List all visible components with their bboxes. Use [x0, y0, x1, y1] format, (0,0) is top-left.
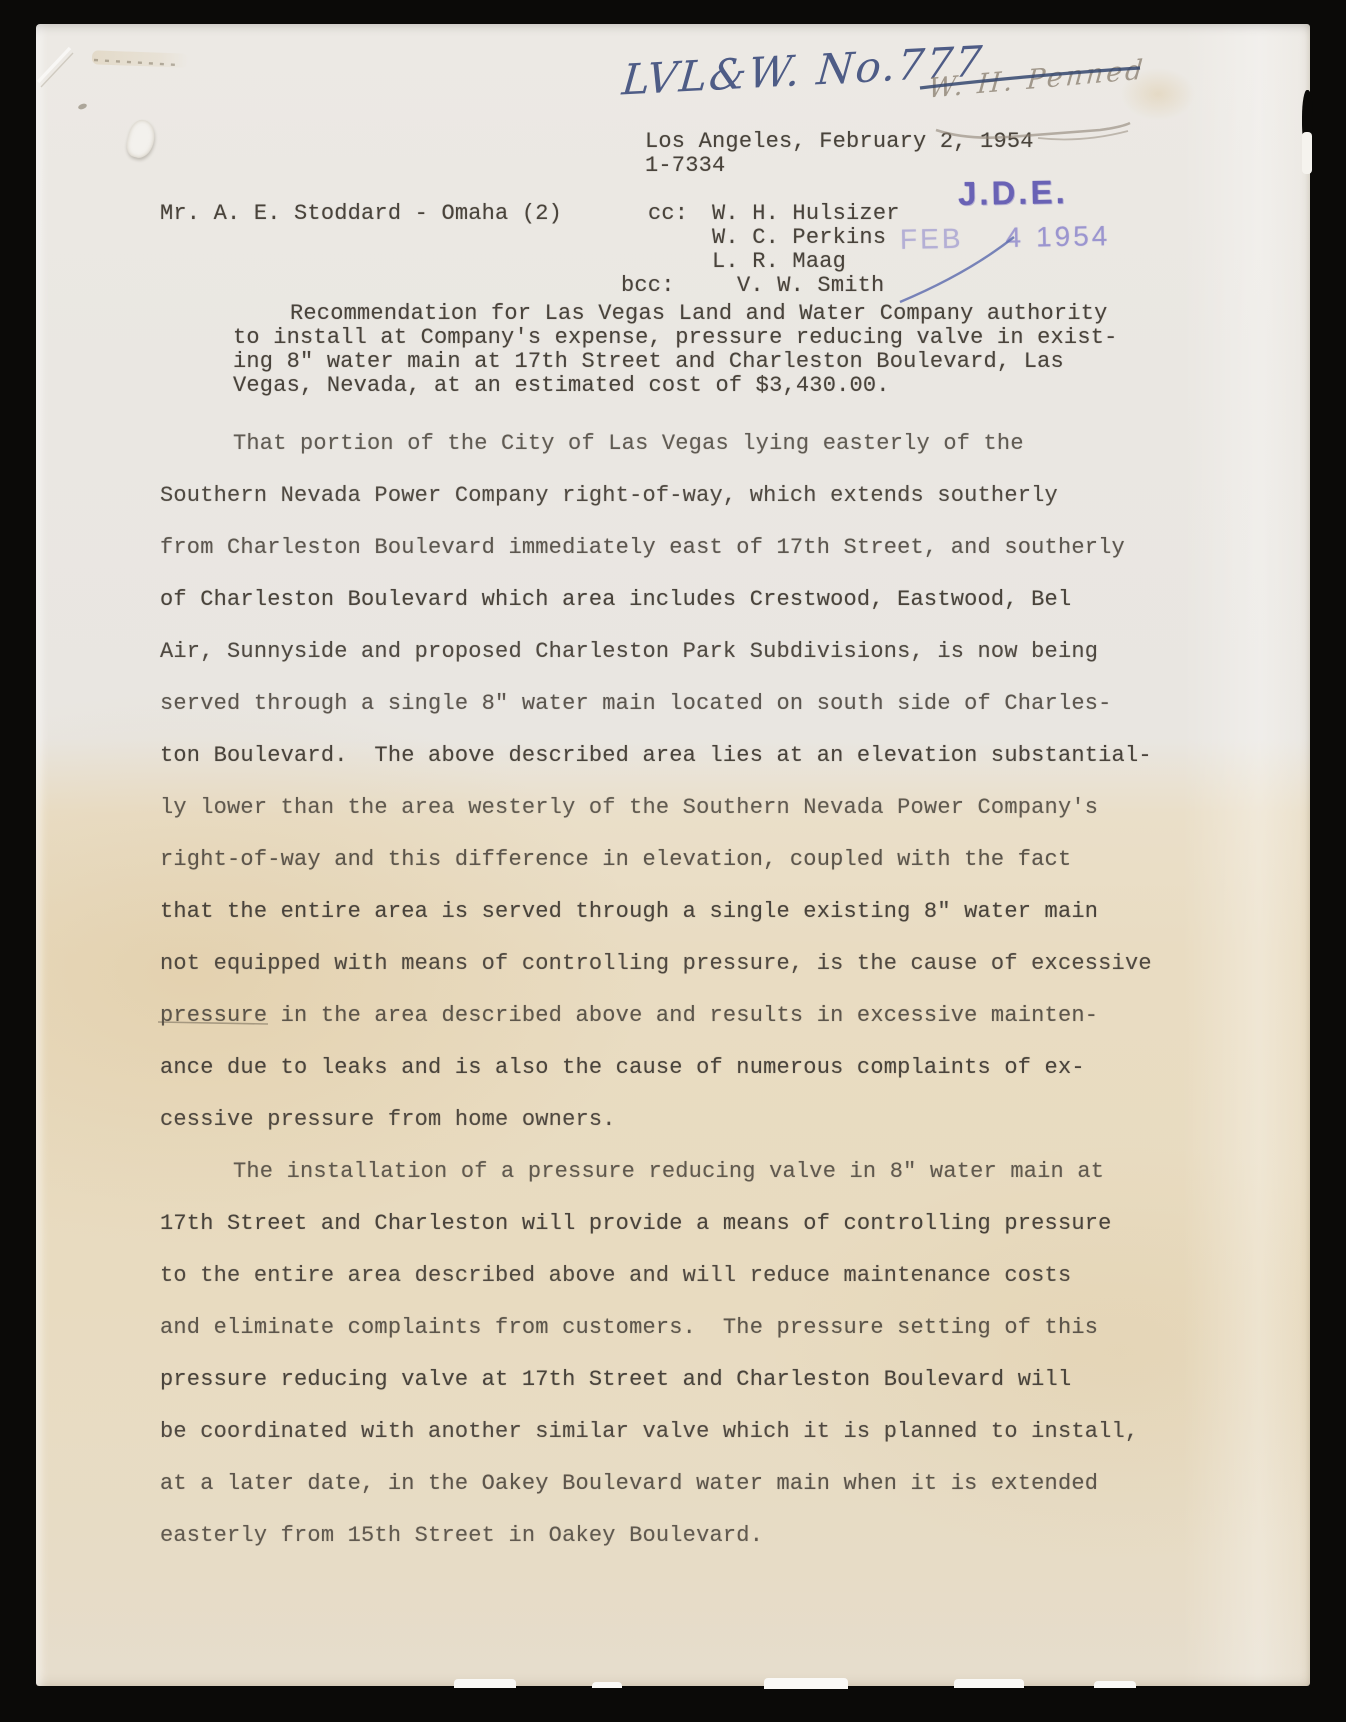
- pencil-underline-squiggle: [1038, 131, 1128, 139]
- addressee: Mr. A. E. Stoddard - Omaha (2): [160, 202, 562, 226]
- body-line: The installation of a pressure reducing …: [160, 1146, 1152, 1198]
- torn-edge-chip: [454, 1679, 516, 1688]
- letter-body: That portion of the City of Las Vegas ly…: [160, 418, 1152, 1562]
- paper-speck: [77, 103, 87, 111]
- cc-name: L. R. Maag: [712, 250, 846, 274]
- torn-edge-chip: [954, 1679, 1024, 1688]
- cc-name: W. C. Perkins: [712, 226, 886, 250]
- body-line: to the entire area described above and w…: [160, 1250, 1152, 1302]
- torn-edge-chip: [1094, 1681, 1136, 1688]
- letter-page: LVL&W. No.777 W. H. Penned J.D.E. FEB419…: [36, 24, 1310, 1686]
- stamp-month: FEB: [900, 223, 964, 255]
- body-line: and eliminate complaints from customers.…: [160, 1302, 1152, 1354]
- dog-ear-fold: [38, 48, 70, 82]
- dateline: Los Angeles, February 2, 1954: [645, 130, 1034, 154]
- cc-name: W. H. Hulsizer: [712, 202, 900, 226]
- body-line: not equipped with means of controlling p…: [160, 938, 1152, 990]
- body-line: served through a single 8" water main lo…: [160, 678, 1152, 730]
- subject-line: to install at Company's expense, pressur…: [233, 326, 1118, 350]
- subject-line: Vegas, Nevada, at an estimated cost of $…: [233, 374, 1118, 398]
- dog-ear-fold-shadow: [41, 53, 73, 87]
- stamp-year: 1954: [1036, 220, 1111, 252]
- body-line: ance due to leaks and is also the cause …: [160, 1042, 1152, 1094]
- received-date-stamp: FEB41954: [900, 220, 1111, 256]
- stamp-day: 4: [1005, 222, 1024, 253]
- initials-stamp: J.D.E.: [958, 173, 1068, 213]
- body-line: pressure reducing valve at 17th Street a…: [160, 1354, 1152, 1406]
- staple-tear-mark: [124, 117, 158, 160]
- body-line: Southern Nevada Power Company right-of-w…: [160, 470, 1152, 522]
- file-number: 1-7334: [645, 154, 725, 178]
- body-line: That portion of the City of Las Vegas ly…: [160, 418, 1152, 470]
- body-line: pressure in the area described above and…: [160, 990, 1152, 1042]
- body-line: right-of-way and this difference in elev…: [160, 834, 1152, 886]
- body-line: at a later date, in the Oakey Boulevard …: [160, 1458, 1152, 1510]
- body-line: from Charleston Boulevard immediately ea…: [160, 522, 1152, 574]
- bcc-name: V. W. Smith: [737, 274, 884, 298]
- body-line: ton Boulevard. The above described area …: [160, 730, 1152, 782]
- body-line: cessive pressure from home owners.: [160, 1094, 1152, 1146]
- body-line: 17th Street and Charleston will provide …: [160, 1198, 1152, 1250]
- bcc-label: bcc:: [621, 274, 675, 298]
- scratch-smear-mark: [92, 50, 188, 67]
- body-line: ly lower than the area westerly of the S…: [160, 782, 1152, 834]
- body-line: be coordinated with another similar valv…: [160, 1406, 1152, 1458]
- torn-edge-chip: [764, 1678, 848, 1689]
- subject-paragraph: Recommendation for Las Vegas Land and Wa…: [233, 302, 1118, 398]
- body-line: that the entire area is served through a…: [160, 886, 1152, 938]
- body-line: of Charleston Boulevard which area inclu…: [160, 574, 1152, 626]
- body-line: Air, Sunnyside and proposed Charleston P…: [160, 626, 1152, 678]
- cc-label: cc:: [648, 202, 688, 226]
- torn-edge-notch: [1302, 132, 1312, 174]
- torn-edge-chip: [592, 1682, 622, 1688]
- body-line: easterly from 15th Street in Oakey Boule…: [160, 1510, 1152, 1562]
- subject-line: ing 8" water main at 17th Street and Cha…: [233, 350, 1118, 374]
- subject-line: Recommendation for Las Vegas Land and Wa…: [233, 302, 1118, 326]
